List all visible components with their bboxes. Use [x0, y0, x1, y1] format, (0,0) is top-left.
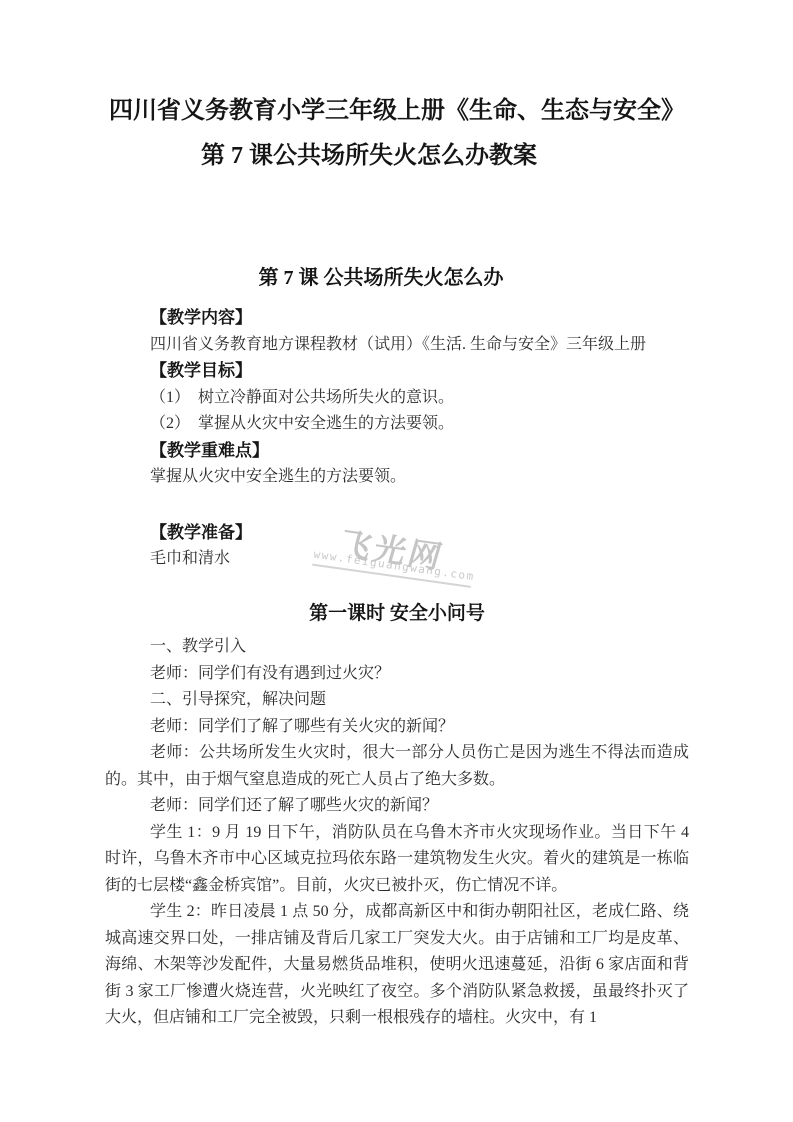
paragraph-intro: 一、教学引入	[105, 634, 689, 661]
paragraph-teacher-question-3: 老师：同学们还了解了哪些火灾的新闻？	[105, 793, 689, 820]
paragraph-teacher-question-2: 老师：同学们了解了哪些有关火灾的新闻？	[105, 714, 689, 741]
document-title-line2: 第 7 课公共场所失火怎么办教案	[77, 134, 661, 179]
document-title-line1: 四川省义务教育小学三年级上册《生命、生态与安全》	[105, 89, 689, 134]
paragraph-student-1: 学生 1：9 月 19 日下午，消防队员在乌鲁木齐市火灾现场作业。当日下午 4 …	[105, 820, 689, 900]
teaching-goal-2: （2） 掌握从火灾中安全逃生的方法要领。	[105, 411, 689, 438]
preparation-text: 毛巾和清水	[105, 546, 689, 573]
document-body: 【教学内容】 四川省义务教育地方课程教材（试用）《生活. 生命与安全》三年级上册…	[105, 305, 689, 1032]
page-content: 四川省义务教育小学三年级上册《生命、生态与安全》 第 7 课公共场所失火怎么办教…	[0, 89, 793, 1032]
heading-teaching-content: 【教学内容】	[105, 305, 689, 332]
paragraph-student-2: 学生 2：昨日凌晨 1 点 50 分，成都高新区中和街办朝阳社区，老成仁路、绕城…	[105, 899, 689, 1032]
paragraph-teacher-question-1: 老师：同学们有没有遇到过火灾？	[105, 661, 689, 688]
heading-key-difficulties: 【教学重难点】	[105, 438, 689, 465]
heading-teaching-goals: 【教学目标】	[105, 358, 689, 385]
teaching-content-text: 四川省义务教育地方课程教材（试用）《生活. 生命与安全》三年级上册	[105, 332, 689, 359]
period-heading: 第一课时 安全小问号	[105, 601, 689, 628]
paragraph-section-two: 二、引导探究，解决问题	[105, 687, 689, 714]
document-title: 四川省义务教育小学三年级上册《生命、生态与安全》 第 7 课公共场所失火怎么办教…	[105, 89, 689, 179]
heading-preparation: 【教学准备】	[105, 520, 689, 547]
lesson-heading: 第 7 课 公共场所失火怎么办	[89, 263, 673, 293]
paragraph-teacher-statement: 老师：公共场所发生火灾时，很大一部分人员伤亡是因为逃生不得法而造成的。其中，由于…	[105, 740, 689, 793]
document-page: 四川省义务教育小学三年级上册《生命、生态与安全》 第 7 课公共场所失火怎么办教…	[0, 0, 793, 1122]
key-difficulties-text: 掌握从火灾中安全逃生的方法要领。	[105, 464, 689, 491]
teaching-goal-1: （1） 树立冷静面对公共场所失火的意识。	[105, 385, 689, 412]
